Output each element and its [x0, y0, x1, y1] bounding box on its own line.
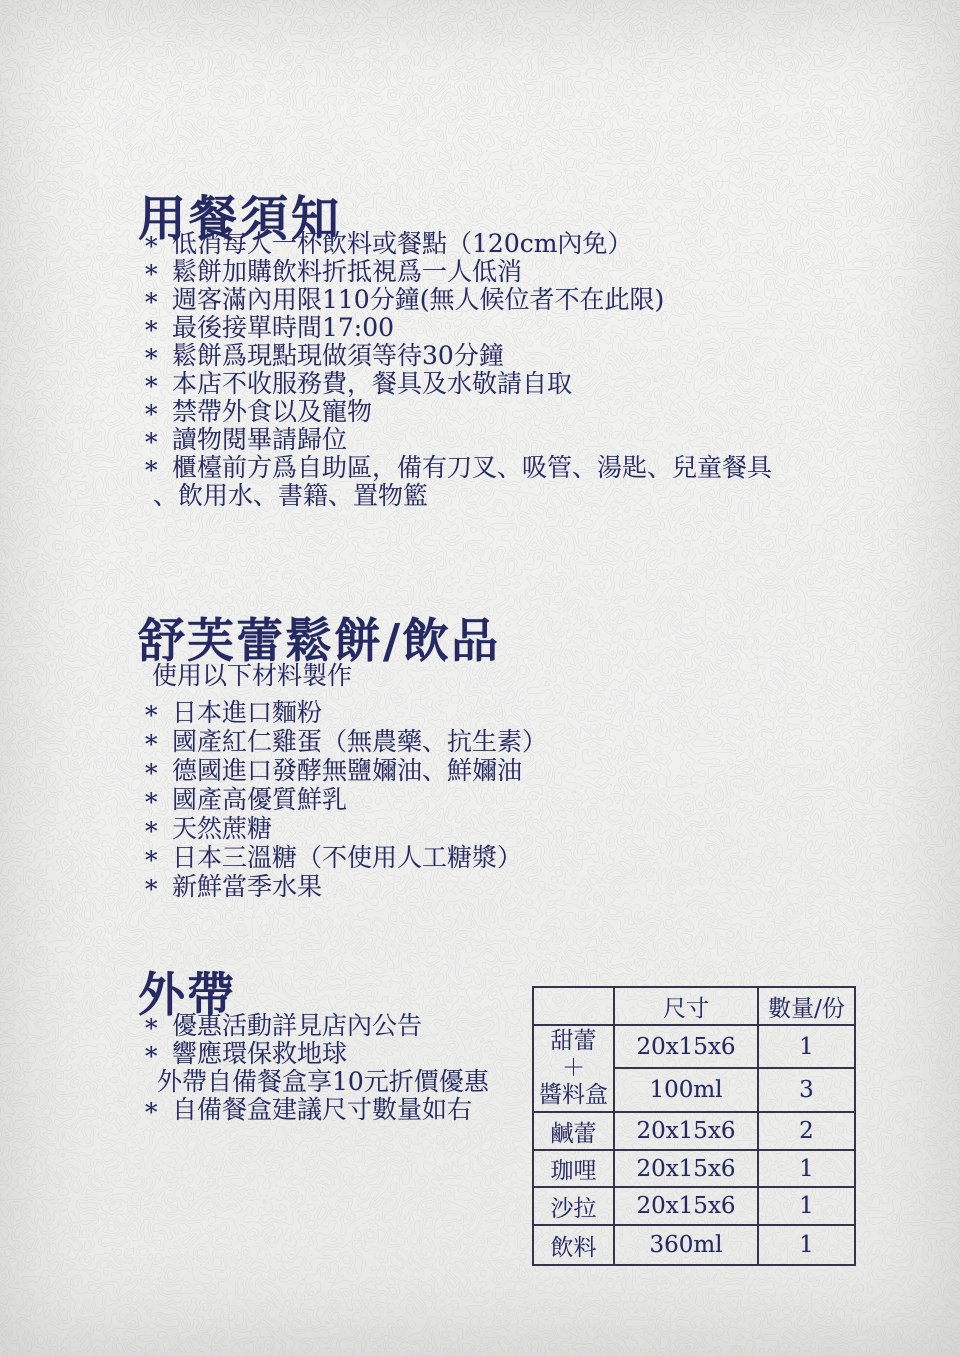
table-cell-size: 360ml	[614, 1225, 758, 1265]
bullet-asterisk: *	[145, 817, 172, 846]
list-item-text: 自備餐盒建議尺寸數量如右	[172, 1095, 472, 1124]
list-item-text: 國產高優質鮮乳	[172, 785, 347, 814]
bullet-asterisk: *	[145, 345, 172, 373]
list-item: *櫃檯前方爲自助區，備有刀叉、吸管、湯匙、兒童餐具	[145, 454, 772, 482]
list-item: *自備餐盒建議尺寸數量如右	[145, 1096, 489, 1124]
list-item: *禁帶外食以及寵物	[145, 398, 772, 426]
list-item: *週客滿內用限110分鐘(無人候位者不在此限)	[145, 286, 772, 314]
bullet-asterisk: *	[145, 1043, 172, 1071]
list-item: *國產高優質鮮乳	[145, 785, 547, 814]
list-item: *國產紅仁雞蛋（無農藥、抗生素）	[145, 727, 547, 756]
table-row: 鹹蕾 20x15x6 2	[533, 1112, 855, 1150]
list-item: *本店不收服務費，餐具及水敬請自取	[145, 370, 772, 398]
table-cell-quantity: 2	[758, 1112, 855, 1150]
bullet-asterisk: *	[145, 701, 172, 730]
table-cell-size: 20x15x6	[614, 1025, 758, 1068]
table-cell-size: 20x15x6	[614, 1187, 758, 1225]
list-item-text: 外帶自備餐盒享10元折價優惠	[157, 1067, 489, 1096]
list-item-continuation: 、飲用水、書籍、置物籃	[145, 482, 772, 510]
table-cell-item: 鹹蕾	[533, 1112, 614, 1150]
dining-notice-list: *低消每人一杯飲料或餐點（120cm內免） *鬆餅加購飲料折抵視爲一人低消 *週…	[145, 230, 772, 510]
bullet-asterisk: *	[145, 429, 172, 457]
list-item: *鬆餅爲現點現做須等待30分鐘	[145, 342, 772, 370]
menu-page: 用餐須知 *低消每人一杯飲料或餐點（120cm內免） *鬆餅加購飲料折抵視爲一人…	[0, 0, 960, 1356]
bullet-asterisk: *	[145, 846, 172, 875]
item-label-line: 甜蕾	[536, 1028, 611, 1055]
list-item-text: 低消每人一杯飲料或餐點（120cm內免）	[172, 229, 632, 258]
list-item-text: 鬆餅加購飲料折抵視爲一人低消	[172, 257, 522, 286]
bullet-asterisk: *	[145, 317, 172, 345]
table-cell-item: 珈哩	[533, 1150, 614, 1187]
table-cell-item: 甜蕾 ＋ 醬料盒	[533, 1025, 614, 1112]
table-row: 沙拉 20x15x6 1	[533, 1187, 855, 1225]
takeout-container-size-table: 尺寸 數量/份 甜蕾 ＋ 醬料盒 20x15x6 1 100ml 3 鹹蕾 20…	[532, 986, 856, 1266]
table-cell-item: 飲料	[533, 1225, 614, 1265]
table-row: 珈哩 20x15x6 1	[533, 1150, 855, 1187]
list-item: *新鮮當季水果	[145, 872, 547, 901]
table-header-size: 尺寸	[614, 987, 758, 1025]
list-item-text: 鬆餅爲現點現做須等待30分鐘	[172, 341, 504, 370]
list-item: *天然蔗糖	[145, 814, 547, 843]
list-item-text: 德國進口發酵無鹽嬭油、鮮嬭油	[172, 756, 522, 785]
table-cell-quantity: 1	[758, 1025, 855, 1068]
list-item-text: 最後接單時間17:00	[172, 313, 394, 342]
list-item-continuation: 外帶自備餐盒享10元折價優惠	[145, 1068, 489, 1096]
list-item-text: 櫃檯前方爲自助區，備有刀叉、吸管、湯匙、兒童餐具	[172, 453, 772, 482]
item-label-line: 醬料盒	[536, 1082, 611, 1109]
bullet-asterisk: *	[145, 373, 172, 401]
list-item: *優惠活動詳見店內公告	[145, 1012, 489, 1040]
bullet-asterisk: *	[145, 401, 172, 429]
list-item: *德國進口發酵無鹽嬭油、鮮嬭油	[145, 756, 547, 785]
bullet-asterisk: *	[145, 875, 172, 904]
list-item: *最後接單時間17:00	[145, 314, 772, 342]
list-item-text: 天然蔗糖	[172, 814, 272, 843]
list-item: *日本進口麵粉	[145, 698, 547, 727]
souffle-ingredient-list: *日本進口麵粉 *國產紅仁雞蛋（無農藥、抗生素） *德國進口發酵無鹽嬭油、鮮嬭油…	[145, 698, 547, 901]
list-item-text: 禁帶外食以及寵物	[172, 397, 372, 426]
list-item-text: 響應環保救地球	[172, 1039, 347, 1068]
bullet-asterisk: *	[145, 1015, 172, 1043]
table-row: 甜蕾 ＋ 醬料盒 20x15x6 1	[533, 1025, 855, 1068]
table-cell-quantity: 3	[758, 1068, 855, 1112]
list-item-text: 讀物閱畢請歸位	[172, 425, 347, 454]
list-item: *鬆餅加購飲料折抵視爲一人低消	[145, 258, 772, 286]
list-item-text: 新鮮當季水果	[172, 872, 322, 901]
bullet-asterisk: *	[145, 759, 172, 788]
table-cell-quantity: 1	[758, 1187, 855, 1225]
table-header-quantity: 數量/份	[758, 987, 855, 1025]
list-item-text: 優惠活動詳見店內公告	[172, 1011, 422, 1040]
item-label-line: ＋	[536, 1055, 611, 1082]
list-item-text: 週客滿內用限110分鐘(無人候位者不在此限)	[172, 285, 664, 314]
takeout-notice-list: *優惠活動詳見店內公告 *響應環保救地球 外帶自備餐盒享10元折價優惠 *自備餐…	[145, 1012, 489, 1124]
list-item: *低消每人一杯飲料或餐點（120cm內免）	[145, 230, 772, 258]
list-item-text: 、飲用水、書籍、置物籃	[153, 481, 428, 510]
table-header-row: 尺寸 數量/份	[533, 987, 855, 1025]
table-cell-size: 20x15x6	[614, 1112, 758, 1150]
bullet-asterisk: *	[145, 289, 172, 317]
bullet-asterisk: *	[145, 261, 172, 289]
table-cell-quantity: 1	[758, 1225, 855, 1265]
list-item-text: 日本進口麵粉	[172, 698, 322, 727]
bullet-asterisk: *	[145, 1099, 172, 1127]
list-item: *讀物閱畢請歸位	[145, 426, 772, 454]
bullet-asterisk: *	[145, 730, 172, 759]
bullet-asterisk: *	[145, 457, 172, 485]
list-item-text: 國產紅仁雞蛋（無農藥、抗生素）	[172, 727, 547, 756]
list-item: *響應環保救地球	[145, 1040, 489, 1068]
table-cell-size: 100ml	[614, 1068, 758, 1112]
table-cell-item: 沙拉	[533, 1187, 614, 1225]
list-item: *日本三溫糖（不使用人工糖漿）	[145, 843, 547, 872]
souffle-subtitle: 使用以下材料製作	[152, 656, 352, 692]
table-row: 飲料 360ml 1	[533, 1225, 855, 1265]
bullet-asterisk: *	[145, 233, 172, 261]
table-header-item	[533, 987, 614, 1025]
table-cell-quantity: 1	[758, 1150, 855, 1187]
list-item-text: 本店不收服務費，餐具及水敬請自取	[172, 369, 572, 398]
list-item-text: 日本三溫糖（不使用人工糖漿）	[172, 843, 522, 872]
table-cell-size: 20x15x6	[614, 1150, 758, 1187]
bullet-asterisk: *	[145, 788, 172, 817]
